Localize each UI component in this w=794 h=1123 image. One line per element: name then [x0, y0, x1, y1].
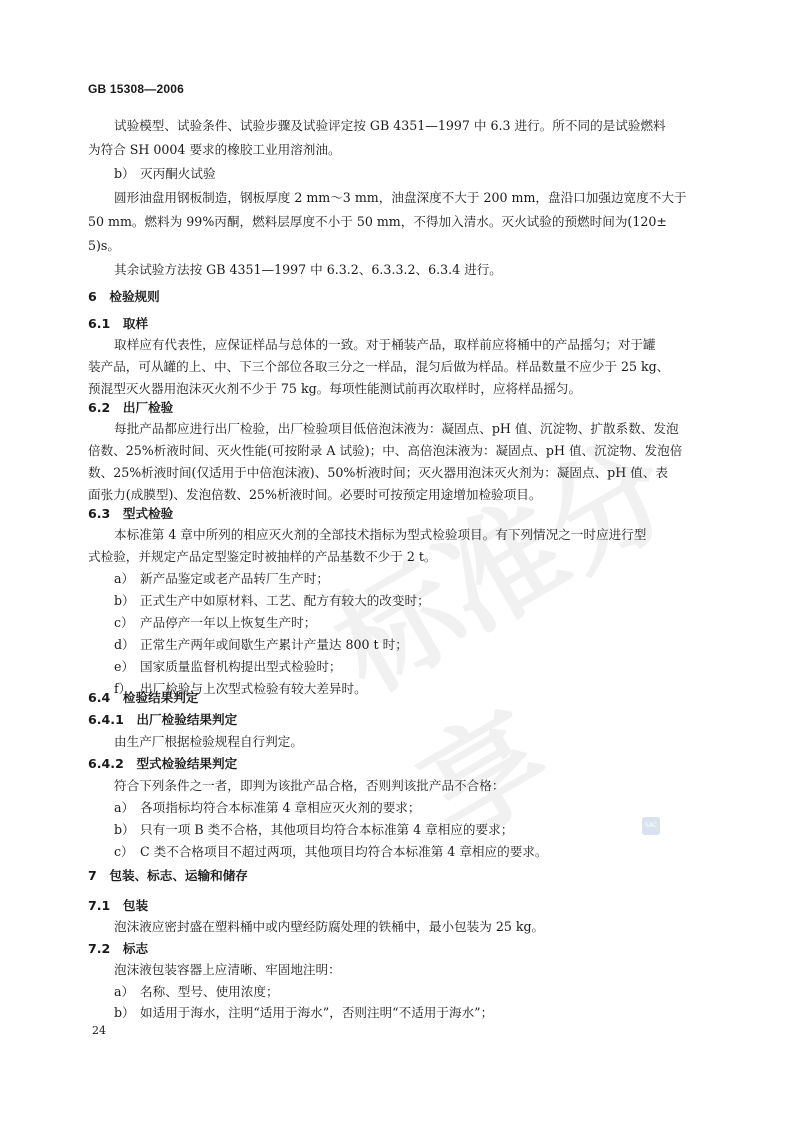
list-item-label: b） — [114, 166, 140, 182]
list-item-text: 国家质量监督机构提出型式检验时； — [140, 659, 342, 674]
list-item: b）只有一项 B 类不合格，其他项目均符合本标准第 4 章相应的要求； — [114, 822, 513, 838]
section-heading-7: 7 包装、标志、运输和储存 — [88, 868, 248, 884]
paragraph-line: 每批产品都应进行出厂检验，出厂检验项目低倍泡沫液为：凝固点、pH 值、沉淀物、扩… — [114, 421, 734, 437]
paragraph-line: 面张力(成膜型)、发泡倍数、25%析液时间。必要时可按预定用途增加检验项目。 — [88, 487, 708, 503]
list-item: d）正常生产两年或间歇生产累计产量达 800 t 时； — [114, 637, 408, 653]
list-item-label: b） — [114, 593, 140, 609]
list-item-label: a） — [114, 800, 140, 816]
paragraph-line: 为符合 SH 0004 要求的橡胶工业用溶剂油。 — [88, 142, 708, 158]
list-item: c）C 类不合格项目不超过两项，其他项目均符合本标准第 4 章相应的要求。 — [114, 844, 547, 860]
list-item-label: b） — [114, 822, 140, 838]
list-item: a）各项指标均符合本标准第 4 章相应灭火剂的要求； — [114, 800, 421, 816]
standard-number-header: GB 15308—2006 — [88, 82, 184, 96]
paragraph-line: 符合下列条件之一者，即判为该批产品合格，否则判该批产品不合格： — [114, 778, 734, 794]
list-item-text: 产品停产一年以上恢复生产时； — [140, 615, 316, 630]
section-heading-7-1: 7.1 包装 — [88, 898, 148, 914]
list-item-text: 正常生产两年或间歇生产累计产量达 800 t 时； — [140, 637, 408, 652]
list-item: a）名称、型号、使用浓度； — [114, 984, 279, 1000]
paragraph-line: 装产品，可从罐的上、中、下三个部位各取三分之一样品，混匀后做为样品。样品数量不应… — [88, 359, 708, 375]
list-item-text: 灭丙酮火试验 — [140, 166, 216, 181]
section-heading-6-4-1: 6.4.1 出厂检验结果判定 — [88, 712, 237, 728]
section-heading-6-4-2: 6.4.2 型式检验结果判定 — [88, 756, 237, 772]
paragraph-line: 50 mm。燃料为 99%丙酮，燃料层厚度不小于 50 mm，不得加入清水。灭火… — [88, 214, 708, 230]
list-item-text: 如适用于海水，注明“适用于海水”，否则注明“不适用于海水”； — [140, 1005, 493, 1020]
section-heading-6-1: 6.1 取样 — [88, 316, 148, 332]
list-item-label: b） — [114, 1005, 140, 1021]
page-number: 24 — [92, 1024, 106, 1037]
list-item-label: e） — [114, 659, 140, 675]
section-heading-6: 6 检验规则 — [88, 289, 160, 305]
list-item: e）国家质量监督机构提出型式检验时； — [114, 659, 342, 675]
list-item: a）新产品鉴定或老产品转厂生产时； — [114, 571, 329, 587]
list-item: c）产品停产一年以上恢复生产时； — [114, 615, 316, 631]
section-heading-7-2: 7.2 标志 — [88, 941, 148, 957]
list-item-label: c） — [114, 844, 140, 860]
paragraph-line: 其余试验方法按 GB 4351—1997 中 6.3.2、6.3.3.2、6.3… — [114, 262, 734, 278]
list-item-label: a） — [114, 571, 140, 587]
list-item: b）灭丙酮火试验 — [114, 166, 216, 182]
document-page: GB 15308—2006 试验模型、试验条件、试验步骤及试验评定按 GB 43… — [0, 0, 794, 1123]
paragraph-line: 本标准第 4 章中所列的相应灭火剂的全部技术指标为型式检验项目。有下列情况之一时… — [114, 527, 734, 543]
paragraph-line: 数、25%析液时间(仅适用于中倍泡沫液)、50%析液时间；灭火器用泡沫灭火剂为：… — [88, 465, 708, 481]
list-item-text: 正式生产中如原材料、工艺、配方有较大的改变时； — [140, 593, 430, 608]
paragraph-line: 泡沫液包装容器上应清晰、牢固地注明： — [114, 962, 734, 978]
list-item-text: C 类不合格项目不超过两项，其他项目均符合本标准第 4 章相应的要求。 — [140, 844, 547, 859]
section-heading-6-2: 6.2 出厂检验 — [88, 400, 173, 416]
sac-logo-icon: SAC — [642, 817, 660, 835]
paragraph-line: 圆形油盘用钢板制造，钢板厚度 2 mm～3 mm，油盘深度不大于 200 mm，… — [114, 190, 734, 206]
paragraph-line: 由生产厂根据检验规程自行判定。 — [114, 734, 734, 750]
list-item: b）正式生产中如原材料、工艺、配方有较大的改变时； — [114, 593, 430, 609]
paragraph-line: 试验模型、试验条件、试验步骤及试验评定按 GB 4351—1997 中 6.3 … — [114, 118, 734, 134]
list-item-text: 只有一项 B 类不合格，其他项目均符合本标准第 4 章相应的要求； — [140, 822, 513, 837]
list-item-text: 名称、型号、使用浓度； — [140, 984, 279, 999]
paragraph-line: 式检验，并规定产品定型鉴定时被抽样的产品基数不少于 2 t。 — [88, 549, 708, 565]
paragraph-line: 取样应有代表性，应保证样品与总体的一致。对于桶装产品，取样前应将桶中的产品摇匀；… — [114, 337, 734, 353]
paragraph-line: 5)s。 — [88, 238, 708, 254]
paragraph-line: 预混型灭火器用泡沫灭火剂不少于 75 kg。每项性能测试前再次取样时，应将样品摇… — [88, 381, 708, 397]
list-item-label: c） — [114, 615, 140, 631]
list-item-label: a） — [114, 984, 140, 1000]
list-item-text: 新产品鉴定或老产品转厂生产时； — [140, 571, 329, 586]
section-heading-6-4: 6.4 检验结果判定 — [88, 690, 198, 706]
paragraph-line: 泡沫液应密封盛在塑料桶中或内壁经防腐处理的铁桶中，最小包装为 25 kg。 — [114, 919, 734, 935]
section-heading-6-3: 6.3 型式检验 — [88, 506, 173, 522]
list-item-text: 各项指标均符合本标准第 4 章相应灭火剂的要求； — [140, 800, 421, 815]
list-item-label: d） — [114, 637, 140, 653]
paragraph-line: 倍数、25%析液时间、灭火性能(可按附录 A 试验)；中、高倍泡沫液为：凝固点、… — [88, 443, 708, 459]
list-item: b）如适用于海水，注明“适用于海水”，否则注明“不适用于海水”； — [114, 1005, 493, 1021]
